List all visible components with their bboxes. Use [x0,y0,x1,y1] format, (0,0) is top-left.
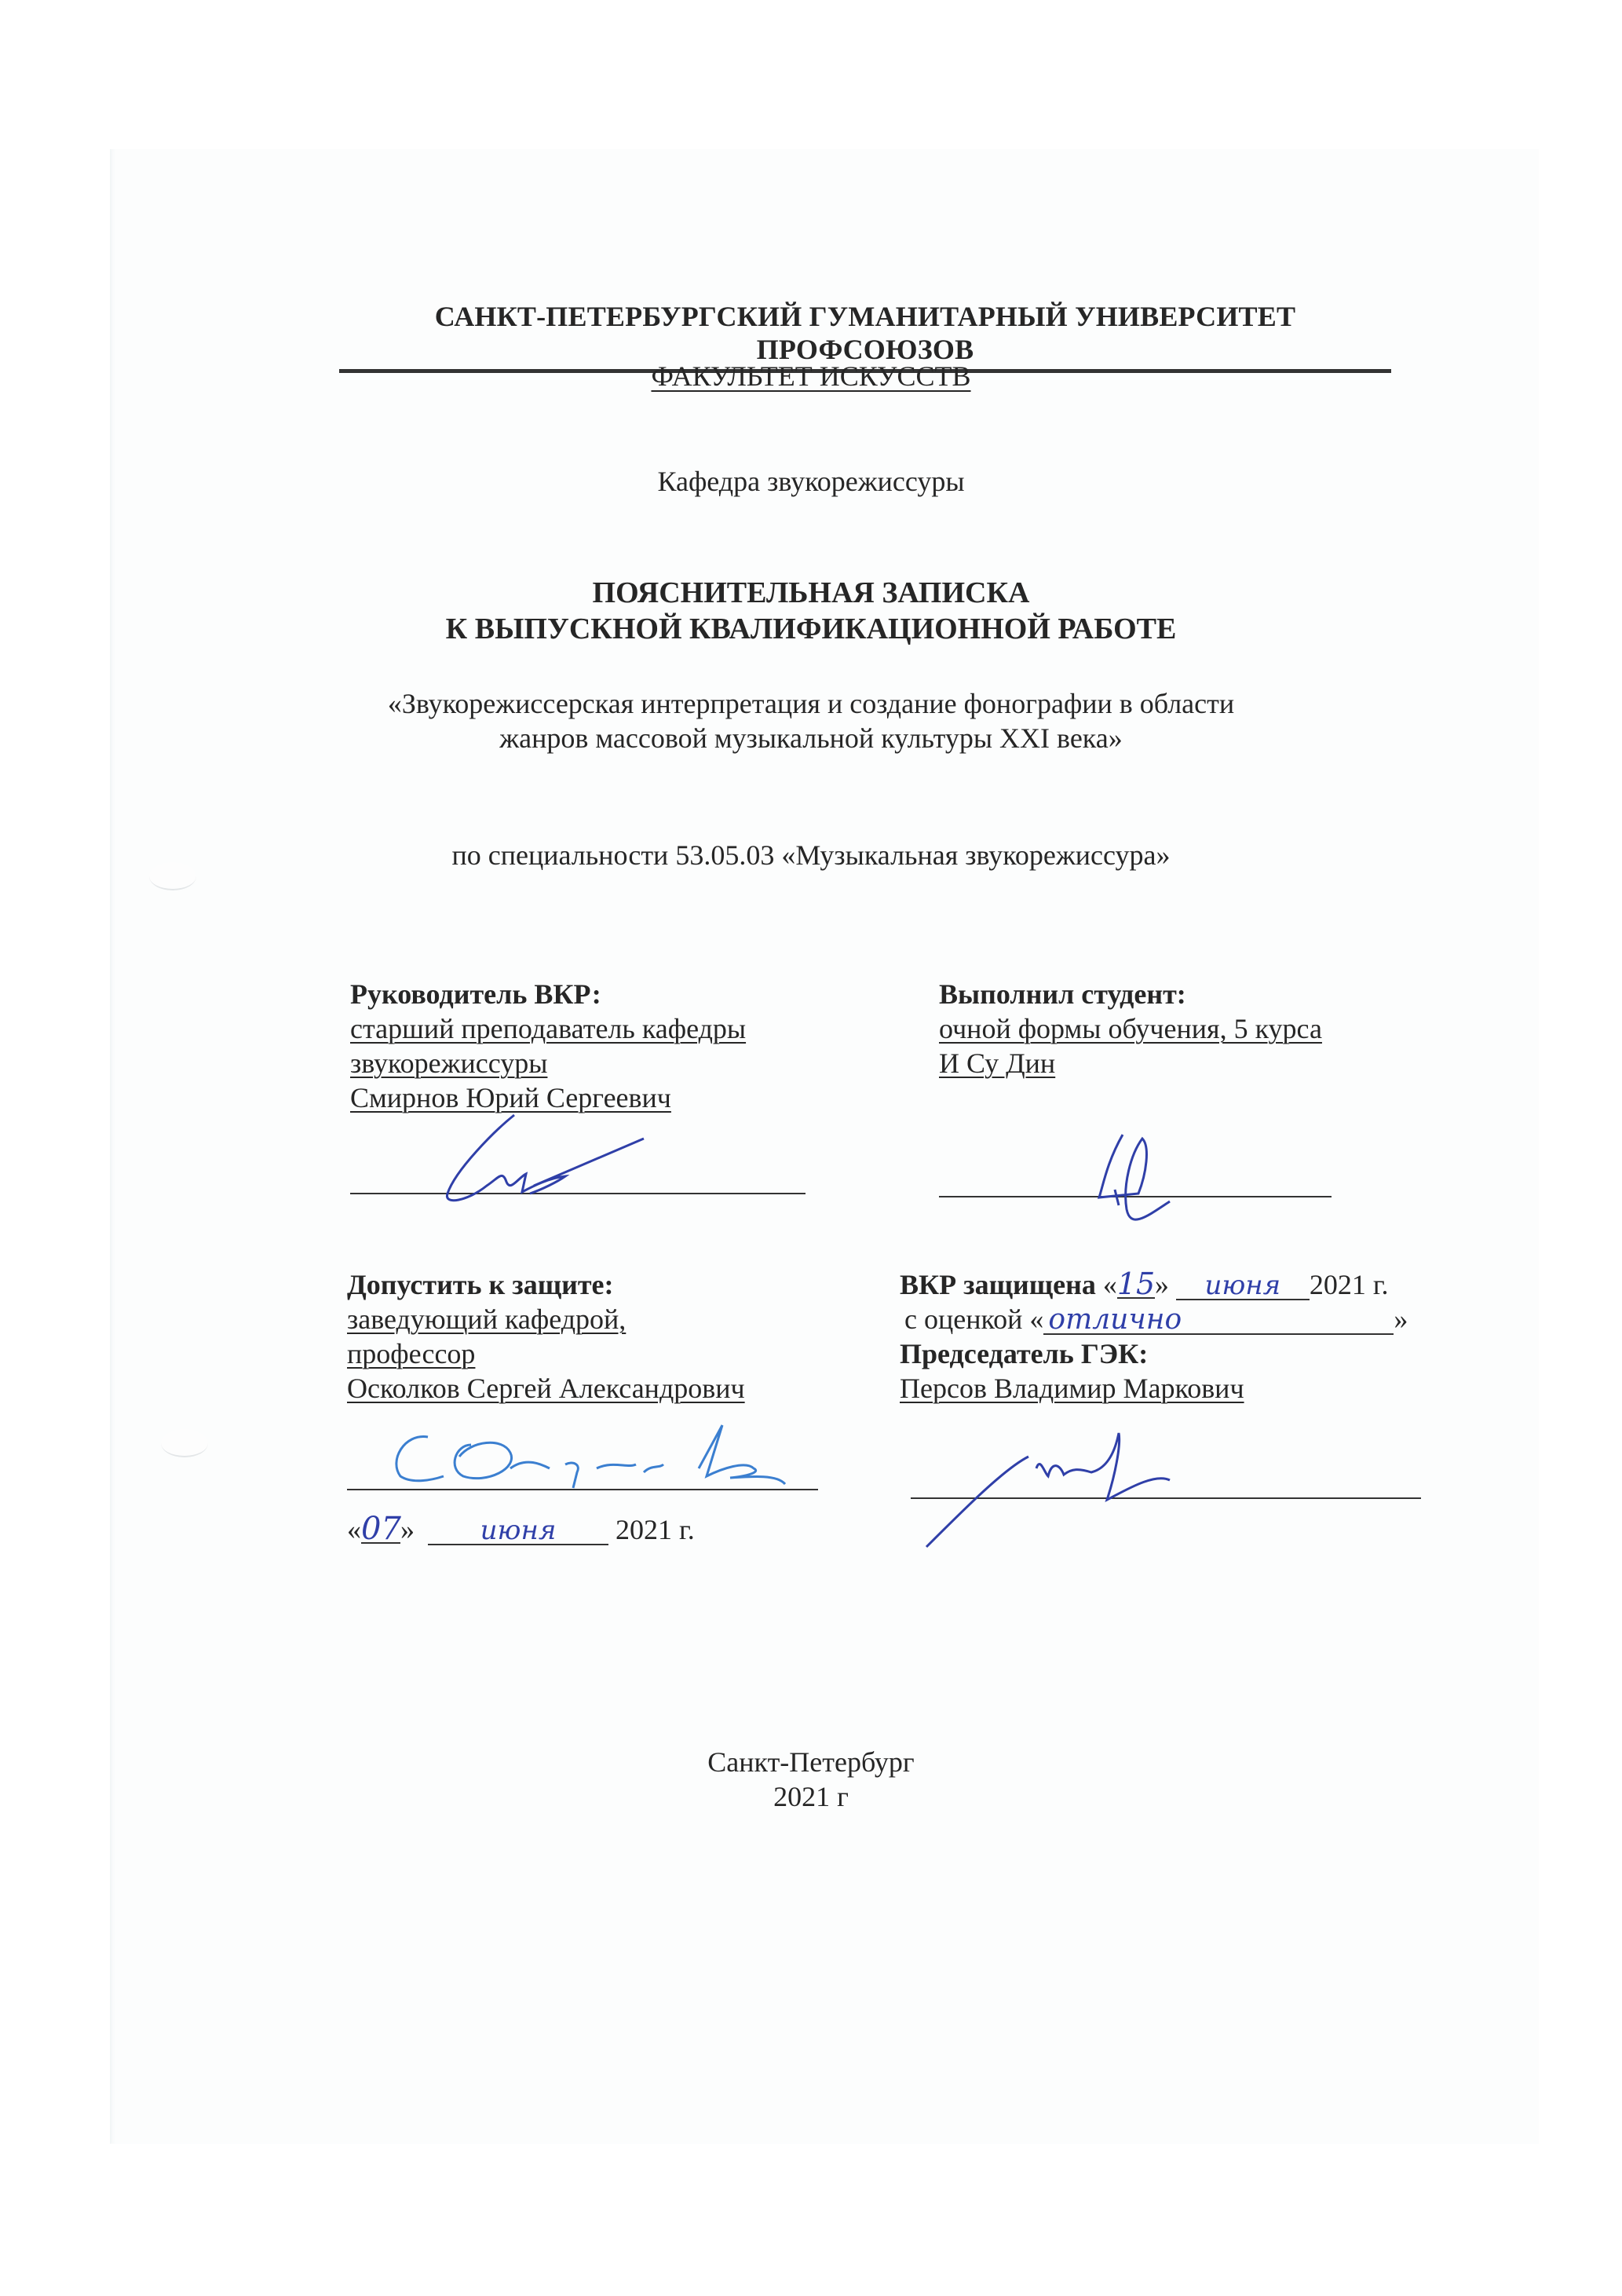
specialty: по специальности 53.05.03 «Музыкальная з… [0,839,1622,872]
defense-close-quote: » [1155,1269,1169,1300]
defense-year: 2021 г. [1310,1269,1389,1300]
faculty-name: ФАКУЛЬТЕТ ИСКУССТВ [0,360,1622,393]
scanned-page [110,149,1539,2144]
department-name: Кафедра звукорежиссуры [0,465,1622,498]
document-title: ПОЯСНИТЕЛЬНАЯ ЗАПИСКА К ВЫПУСКНОЙ КВАЛИФ… [0,575,1622,647]
faculty-name-text: ФАКУЛЬТЕТ ИСКУССТВ [651,360,970,392]
defense-date-row: ВКР защищена «15» июня2021 г. [900,1267,1481,1302]
student-info: очной формы обучения, 5 курса [939,1013,1322,1044]
supervisor-block: Руководитель ВКР: старший преподаватель … [350,977,746,1115]
admission-date-close-quote: » [400,1514,415,1545]
student-signature-icon [1091,1131,1209,1233]
document-title-line-1: ПОЯСНИТЕЛЬНАЯ ЗАПИСКА [0,575,1622,611]
defense-month: июня [1176,1272,1310,1300]
supervisor-position-line-1: старший преподаватель кафедры [350,1013,746,1044]
defense-heading: ВКР защищена [900,1269,1096,1300]
defense-grade-open-quote: « [1029,1303,1043,1335]
defense-grade: отлично [1043,1307,1394,1335]
work-title-line-1: «Звукорежиссерская интерпретация и созда… [0,686,1622,721]
student-name: И Су Дин [939,1047,1055,1079]
defense-open-quote: « [1103,1269,1117,1300]
admission-position-line-1: заведующий кафедрой, [347,1303,626,1335]
supervisor-heading: Руководитель ВКР: [350,977,746,1011]
admission-date-open-quote: « [347,1514,361,1545]
footer-year: 2021 г [0,1779,1622,1814]
defense-grade-row: с оценкой «отлично» [900,1302,1481,1336]
defense-block: ВКР защищена «15» июня2021 г. с оценкой … [900,1267,1481,1406]
work-title: «Звукорежиссерская интерпретация и созда… [0,686,1622,755]
gek-chair-signature-icon [919,1429,1201,1555]
footer: Санкт-Петербург 2021 г [0,1745,1622,1814]
footer-city: Санкт-Петербург [0,1745,1622,1779]
supervisor-position-line-2: звукорежиссуры [350,1047,547,1079]
admission-date-day: 07 [361,1515,400,1544]
gek-chair-name: Персов Владимир Маркович [900,1373,1244,1404]
admission-block: Допустить к защите: заведующий кафедрой,… [347,1267,745,1406]
admission-position-line-2: профессор [347,1338,475,1369]
admission-name: Осколков Сергей Александрович [347,1373,745,1404]
admission-signature-icon [385,1421,809,1500]
admission-heading: Допустить к защите: [347,1267,745,1302]
admission-date-month: июня [428,1517,608,1545]
admission-date: «07» июня 2021 г. [347,1512,695,1547]
student-heading: Выполнил студент: [939,977,1322,1011]
student-block: Выполнил студент: очной формы обучения, … [939,977,1322,1080]
punch-hole-bottom [161,1429,208,1457]
admission-date-year: 2021 г. [616,1514,695,1545]
defense-grade-close-quote: » [1394,1303,1408,1335]
supervisor-signature-icon [424,1107,659,1209]
defense-grade-label: с оценкой [904,1303,1022,1335]
gek-chair-heading: Председатель ГЭК: [900,1336,1481,1371]
defense-day: 15 [1117,1270,1155,1299]
work-title-line-2: жанров массовой музыкальной культуры XXI… [0,721,1622,755]
document-title-line-2: К ВЫПУСКНОЙ КВАЛИФИКАЦИОННОЙ РАБОТЕ [0,611,1622,647]
